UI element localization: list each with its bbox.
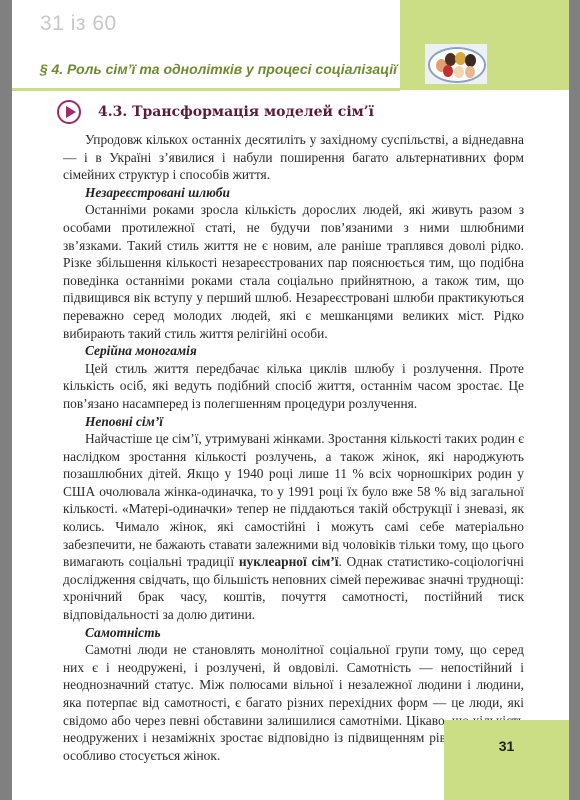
document-page: 31 із 60 § 4. Роль сім’ї та однолітків у… — [12, 0, 569, 800]
header-divider — [12, 88, 400, 91]
footer-accent-block: 31 — [444, 720, 569, 800]
subsection-heading: Самотність — [63, 624, 524, 642]
page-number: 31 — [444, 738, 569, 754]
section-title: 4.3. Трансформація моделей сім’ї — [98, 104, 374, 120]
paragraph-text: Найчастіше це сім’ї, утримувані жінками.… — [63, 431, 524, 569]
subsection-heading: Неповні сім’ї — [63, 413, 524, 431]
paragraph: Цей стиль життя передбачає кілька циклів… — [63, 360, 524, 413]
intro-paragraph: Упродовж кількох останніх десятиліть у з… — [63, 131, 524, 184]
group-of-people-icon — [425, 44, 487, 84]
subsection-heading: Серійна моногамія — [63, 342, 524, 360]
chapter-title: § 4. Роль сім’ї та однолітків у процесі … — [40, 61, 397, 77]
paragraph: Найчастіше це сім’ї, утримувані жінками.… — [63, 430, 524, 624]
paragraph: Останніми роками зросла кількість доросл… — [63, 201, 524, 342]
section-heading: 4.3. Трансформація моделей сім’ї — [57, 100, 374, 124]
play-icon[interactable] — [57, 100, 81, 124]
page-counter: 31 із 60 — [40, 12, 117, 36]
key-term: нуклеарної сім’ї — [239, 554, 339, 569]
subsection-heading: Незареєстровані шлюби — [63, 184, 524, 202]
body-text: Упродовж кількох останніх десятиліть у з… — [63, 131, 524, 764]
